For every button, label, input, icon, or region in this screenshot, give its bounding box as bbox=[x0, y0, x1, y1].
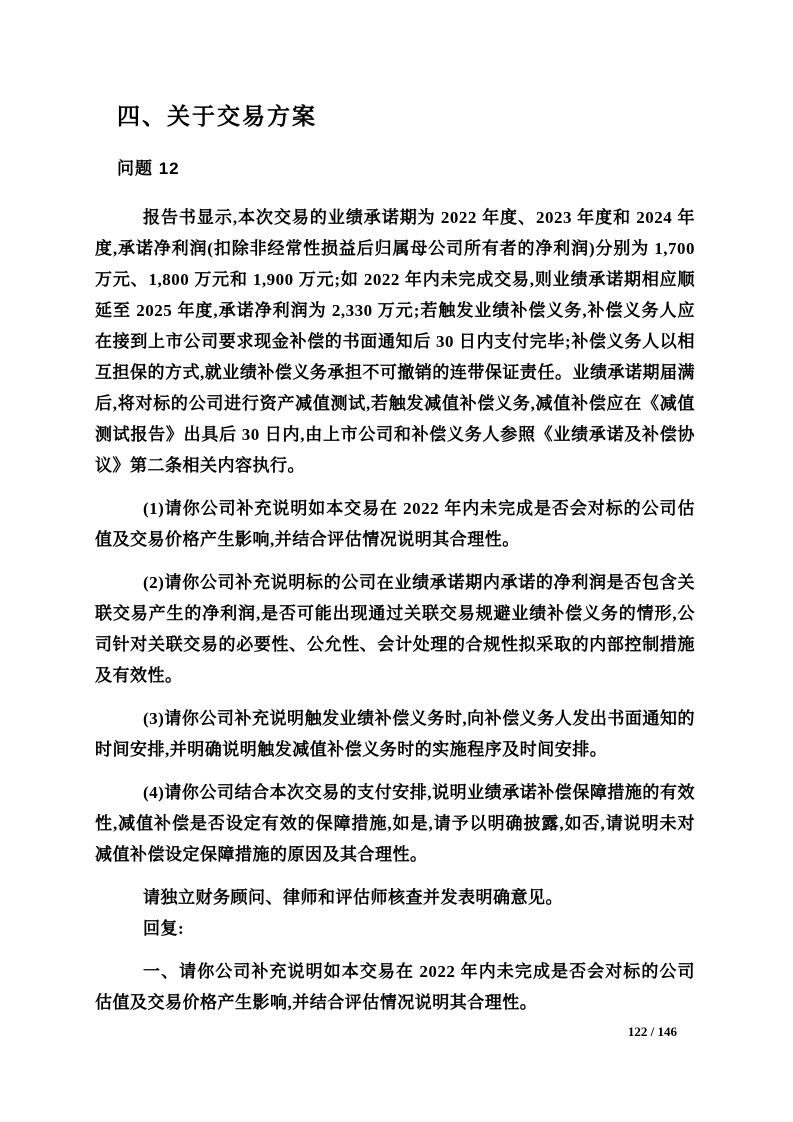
question-item-1: (1)请你公司补充说明如本交易在 2022 年内未完成是否会对标的公司估值及交易… bbox=[95, 493, 695, 555]
reply-label: 回复: bbox=[95, 913, 695, 944]
reply-question-heading: 一、请你公司补充说明如本交易在 2022 年内未完成是否会对标的公司估值及交易价… bbox=[95, 956, 695, 1018]
body-text: 报告书显示,本次交易的业绩承诺期为 2022 年度、2023 年度和 2024 … bbox=[95, 202, 695, 1018]
page-number: 122 / 146 bbox=[628, 1024, 677, 1040]
document-page: 四、关于交易方案 问题 12 报告书显示,本次交易的业绩承诺期为 2022 年度… bbox=[0, 0, 793, 1122]
question-label: 问题 12 bbox=[117, 154, 695, 179]
section-heading: 四、关于交易方案 bbox=[117, 102, 695, 132]
question-item-2: (2)请你公司补充说明标的公司在业绩承诺期内承诺的净利润是否包含关联交易产生的净… bbox=[95, 567, 695, 691]
question-item-4: (4)请你公司结合本次交易的支付安排,说明业绩承诺补偿保障措施的有效性,减值补偿… bbox=[95, 777, 695, 870]
intro-paragraph: 报告书显示,本次交易的业绩承诺期为 2022 年度、2023 年度和 2024 … bbox=[95, 202, 695, 481]
question-item-3: (3)请你公司补充说明触发业绩补偿义务时,向补偿义务人发出书面通知的时间安排,并… bbox=[95, 703, 695, 765]
verification-request: 请独立财务顾问、律师和评估师核查并发表明确意见。 bbox=[95, 882, 695, 913]
